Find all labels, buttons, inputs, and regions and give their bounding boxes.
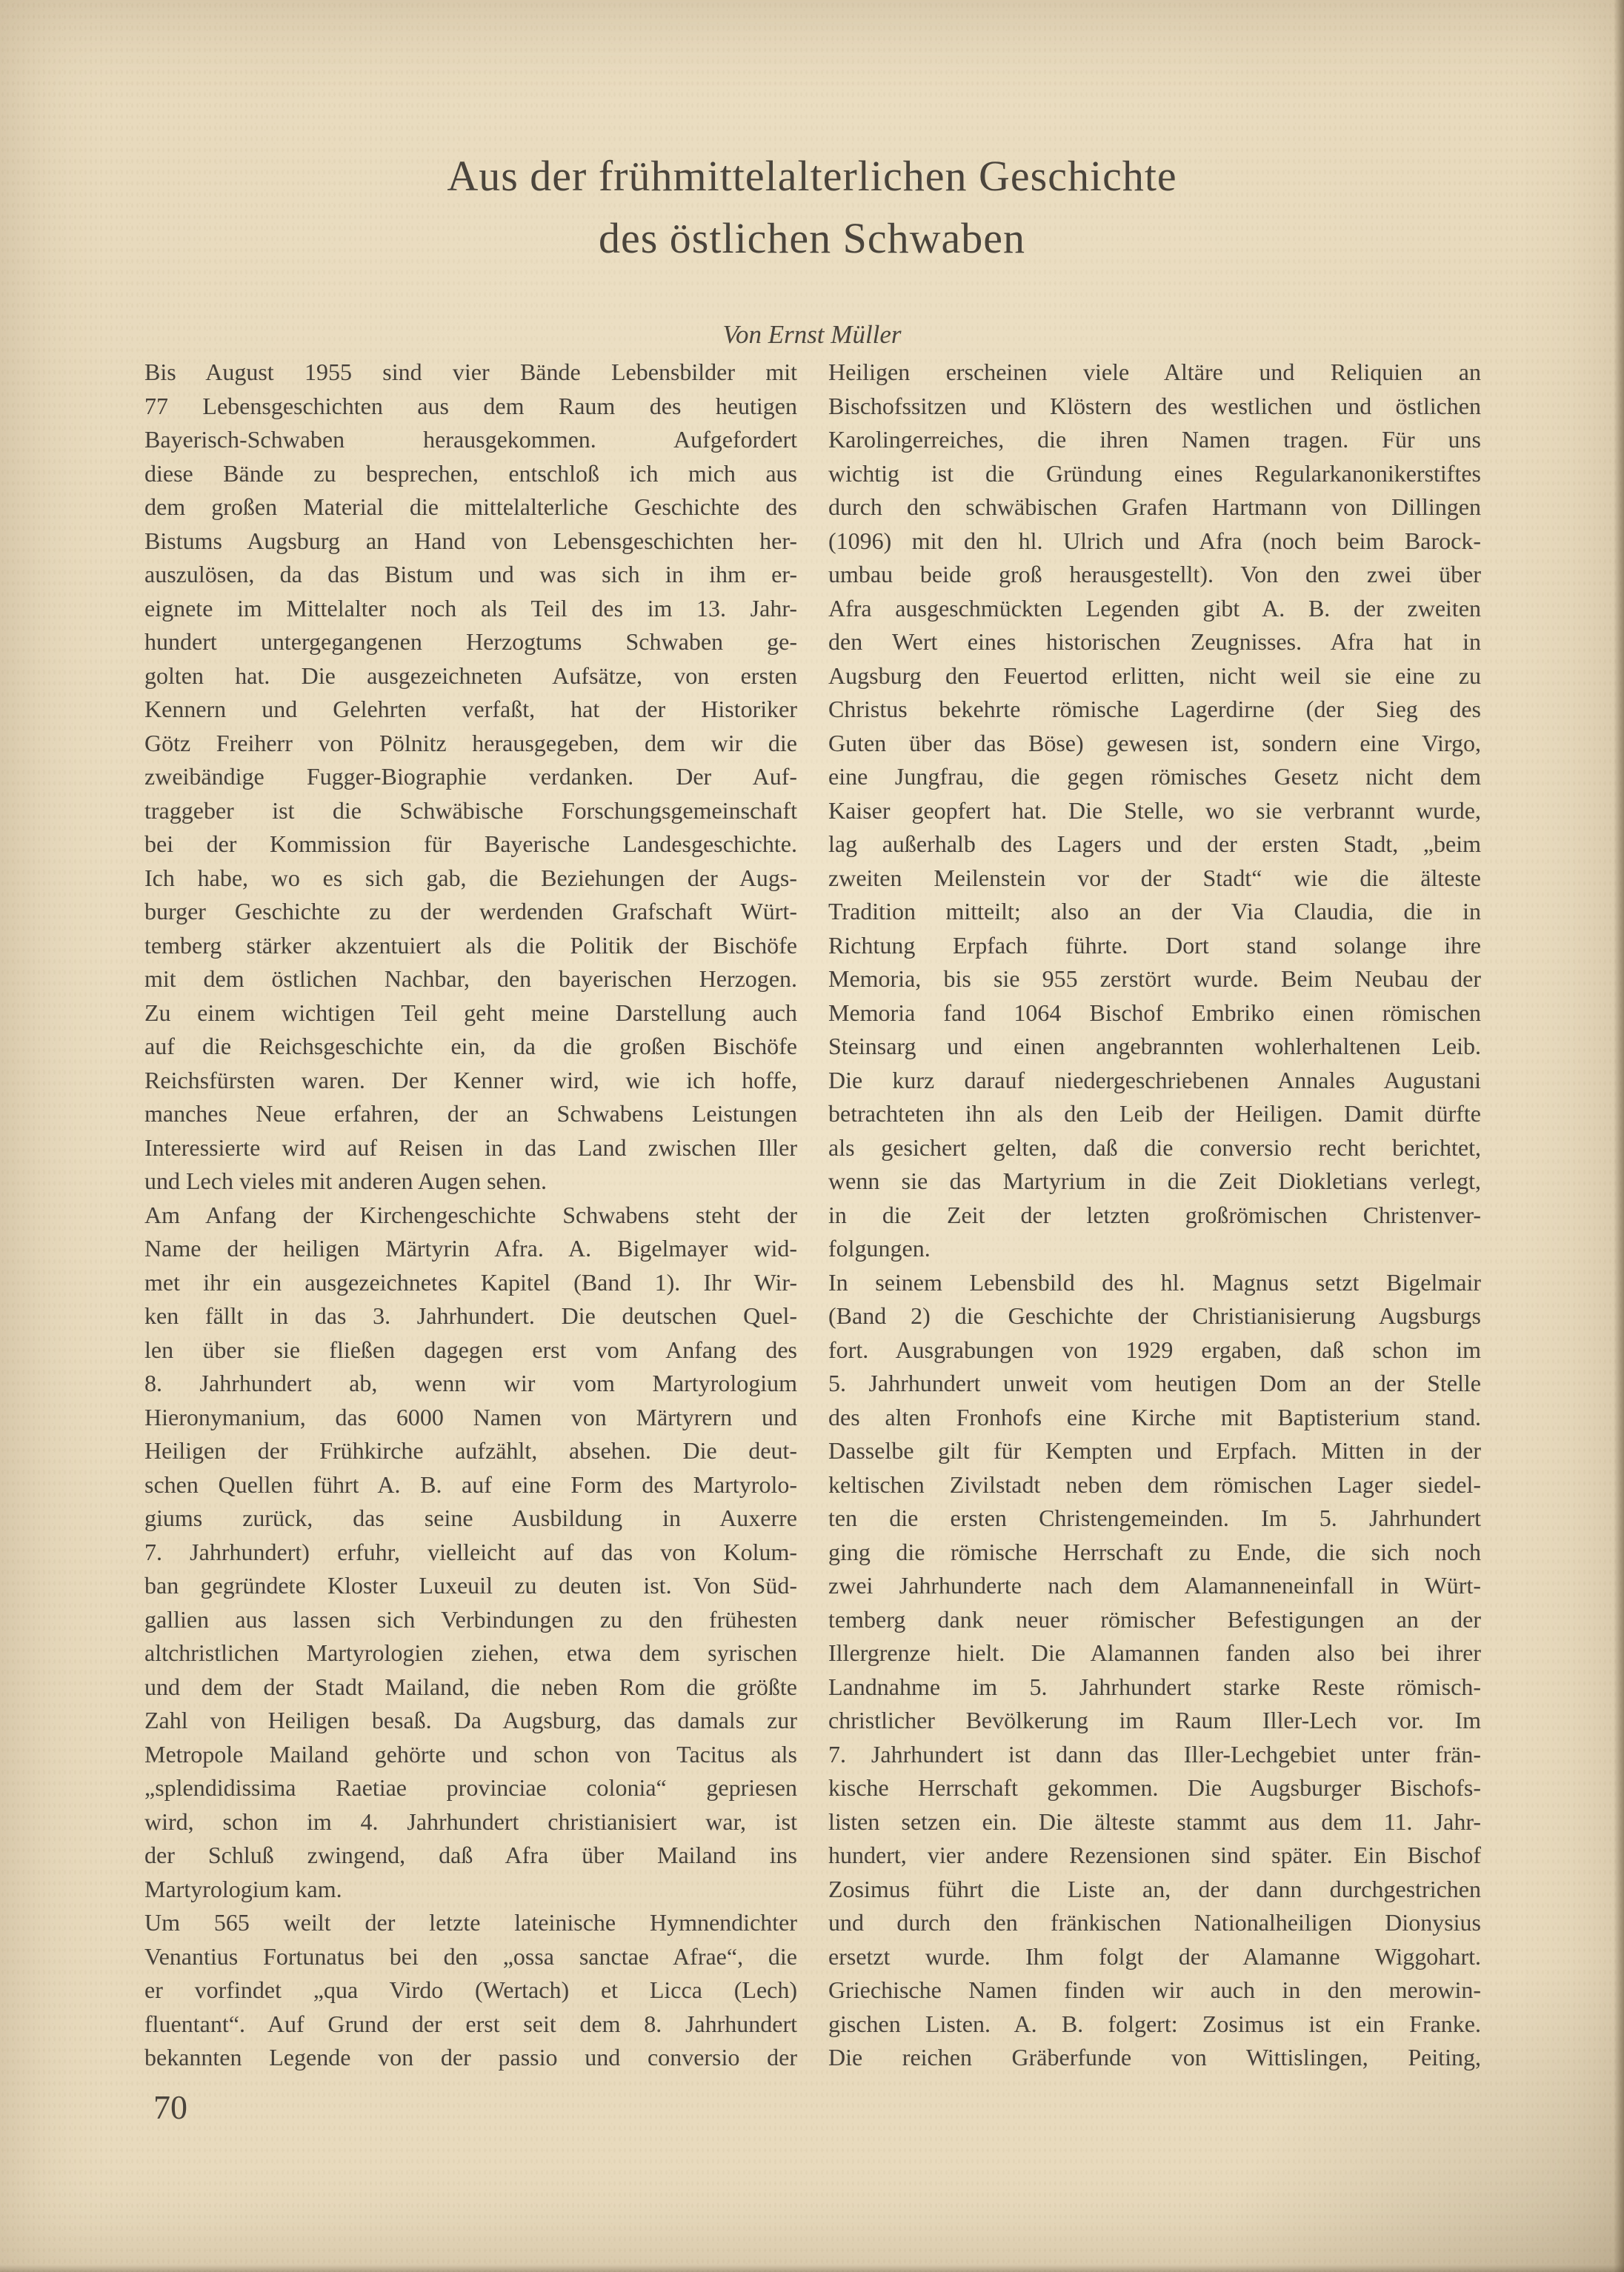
text-line: len über sie fließen dagegen erst vom An… [144, 1333, 797, 1367]
text-line: Die kurz darauf niedergeschriebenen Anna… [828, 1064, 1481, 1098]
text-line: Richtung Erpfach führte. Dort stand sola… [828, 929, 1481, 963]
article-title: Aus der frühmittelalterlichen Geschichte… [71, 145, 1553, 270]
article-title-line1: Aus der frühmittelalterlichen Geschichte [447, 152, 1177, 200]
text-line: Tradition mitteilt; also an der Via Clau… [828, 895, 1481, 929]
text-line: wenn sie das Martyrium in die Zeit Diokl… [828, 1165, 1481, 1199]
text-line: Illergrenze hielt. Die Alamannen fanden … [828, 1636, 1481, 1670]
text-line: Götz Freiherr von Pölnitz herausgegeben,… [144, 727, 797, 761]
text-line: Karolingerreiches, die ihren Namen trage… [828, 423, 1481, 457]
text-line: In seinem Lebensbild des hl. Magnus setz… [828, 1266, 1481, 1300]
text-line: listen setzen ein. Die älteste stammt au… [828, 1805, 1481, 1839]
text-line: gallien aus lassen sich Verbindungen zu … [144, 1603, 797, 1637]
text-line: betrachteten ihn als den Leib der Heilig… [828, 1097, 1481, 1131]
text-line: bekannten Legende von der passio und con… [144, 2041, 797, 2075]
text-line: er vorfindet „qua Virdo (Wertach) et Lic… [144, 1973, 797, 2008]
text-line: Name der heiligen Märtyrin Afra. A. Bige… [144, 1232, 797, 1266]
text-line: Dasselbe gilt für Kempten und Erpfach. M… [828, 1434, 1481, 1468]
text-line: zweiten Meilenstein vor der Stadt“ wie d… [828, 862, 1481, 896]
text-line: 7. Jahrhundert ist dann das Iller-Lechge… [828, 1738, 1481, 1772]
page-number: 70 [153, 2088, 187, 2127]
text-line: Zahl von Heiligen besaß. Da Augsburg, da… [144, 1704, 797, 1738]
text-line: mit dem östlichen Nachbar, den bayerisch… [144, 962, 797, 996]
text-line: Kennern und Gelehrten verfaßt, hat der H… [144, 693, 797, 727]
text-line: zweibändige Fugger-Biographie verdanken.… [144, 760, 797, 794]
text-line: auf die Reichsgeschichte ein, da die gro… [144, 1030, 797, 1064]
text-line: Afra ausgeschmückten Legenden gibt A. B.… [828, 592, 1481, 626]
text-line: 7. Jahrhundert) erfuhr, vielleicht auf d… [144, 1536, 797, 1570]
text-line: eignete im Mittelalter noch als Teil des… [144, 592, 797, 626]
text-line: Die reichen Gräberfunde von Wittislingen… [828, 2041, 1481, 2075]
text-line: Bistums Augsburg an Hand von Lebensgesch… [144, 524, 797, 559]
text-line: Zosimus führt die Liste an, der dann dur… [828, 1873, 1481, 1907]
scan-bottom-edge-shadow [0, 2265, 1624, 2272]
text-line: lag außerhalb des Lagers und der ersten … [828, 827, 1481, 862]
text-line: 8. Jahrhundert ab, wenn wir vom Martyrol… [144, 1367, 797, 1401]
text-line: Venantius Fortunatus bei den „ossa sanct… [144, 1940, 797, 1974]
text-line: temberg stärker akzentuiert als die Poli… [144, 929, 797, 963]
text-line: 77 Lebensgeschichten aus dem Raum des he… [144, 390, 797, 424]
text-line: altchristlichen Martyrologien ziehen, et… [144, 1636, 797, 1670]
text-line: Um 565 weilt der letzte lateinische Hymn… [144, 1906, 797, 1940]
text-line: folgungen. [828, 1232, 1481, 1266]
text-line: Interessierte wird auf Reisen in das Lan… [144, 1131, 797, 1165]
text-line: ban gegründete Kloster Luxeuil zu deuten… [144, 1569, 797, 1603]
text-line: eine Jungfrau, die gegen römisches Geset… [828, 760, 1481, 794]
text-line: Martyrologium kam. [144, 1873, 797, 1907]
text-line: bei der Kommission für Bayerische Landes… [144, 827, 797, 862]
text-line: wird, schon im 4. Jahrhundert christiani… [144, 1805, 797, 1839]
text-line: christlicher Bevölkerung im Raum Iller-L… [828, 1704, 1481, 1738]
text-line: kische Herrschaft gekommen. Die Augsburg… [828, 1771, 1481, 1805]
text-line: der Schluß zwingend, daß Afra über Maila… [144, 1839, 797, 1873]
text-line: (Band 2) die Geschichte der Christianisi… [828, 1299, 1481, 1333]
text-line: 5. Jahrhundert unweit vom heutigen Dom a… [828, 1367, 1481, 1401]
text-line: Landnahme im 5. Jahrhundert starke Reste… [828, 1670, 1481, 1705]
right-column: Heiligen erscheinen viele Altäre und Rel… [828, 356, 1481, 2075]
text-line: ken fällt in das 3. Jahrhundert. Die deu… [144, 1299, 797, 1333]
text-line: und dem der Stadt Mailand, die neben Rom… [144, 1670, 797, 1705]
text-line: Christus bekehrte römische Lagerdirne (d… [828, 693, 1481, 727]
author-byline: Von Ernst Müller [71, 320, 1553, 350]
text-line: met ihr ein ausgezeichnetes Kapitel (Ban… [144, 1266, 797, 1300]
left-column: Bis August 1955 sind vier Bände Lebensbi… [144, 356, 797, 2075]
text-line: umbau beide groß herausgestellt). Von de… [828, 558, 1481, 592]
text-line: giums zurück, das seine Ausbildung in Au… [144, 1502, 797, 1536]
text-line: hundert untergegangenen Herzogtums Schwa… [144, 625, 797, 659]
text-line: Heiligen erscheinen viele Altäre und Rel… [828, 356, 1481, 390]
text-line: Reichsfürsten waren. Der Kenner wird, wi… [144, 1064, 797, 1098]
scanned-page: Aus der frühmittelalterlichen Geschichte… [0, 0, 1624, 2272]
text-line: wichtig ist die Gründung eines Regularka… [828, 457, 1481, 491]
text-line: Bayerisch-Schwaben herausgekommen. Aufge… [144, 423, 797, 457]
text-line: (1096) mit den hl. Ulrich und Afra (noch… [828, 524, 1481, 559]
text-line: schen Quellen führt A. B. auf eine Form … [144, 1468, 797, 1502]
text-line: keltischen Zivilstadt neben dem römische… [828, 1468, 1481, 1502]
text-line: hundert, vier andere Rezensionen sind sp… [828, 1839, 1481, 1873]
text-line: des alten Fronhofs eine Kirche mit Bapti… [828, 1401, 1481, 1435]
text-line: ten die ersten Christengemeinden. Im 5. … [828, 1502, 1481, 1536]
article-title-line2: des östlichen Schwaben [599, 214, 1025, 262]
text-line: fort. Ausgrabungen von 1929 ergaben, daß… [828, 1333, 1481, 1367]
text-line: Hieronymanium, das 6000 Namen von Märtyr… [144, 1401, 797, 1435]
text-line: gischen Listen. A. B. folgert: Zosimus i… [828, 2008, 1481, 2042]
text-line: Griechische Namen finden wir auch in den… [828, 1973, 1481, 2008]
text-line: burger Geschichte zu der werdenden Grafs… [144, 895, 797, 929]
text-line: und Lech vieles mit anderen Augen sehen. [144, 1165, 797, 1199]
text-line: golten hat. Die ausgezeichneten Aufsätze… [144, 659, 797, 693]
text-line: und durch den fränkischen Nationalheilig… [828, 1906, 1481, 1940]
text-line: Guten über das Böse) gewesen ist, sonder… [828, 727, 1481, 761]
text-line: durch den schwäbischen Grafen Hartmann v… [828, 490, 1481, 524]
text-columns: Bis August 1955 sind vier Bände Lebensbi… [144, 356, 1481, 2075]
text-line: manches Neue erfahren, der an Schwabens … [144, 1097, 797, 1131]
text-line: „splendidissima Raetiae provinciae colon… [144, 1771, 797, 1805]
text-line: dem großen Material die mittelalterliche… [144, 490, 797, 524]
text-line: Heiligen der Frühkirche aufzählt, absehe… [144, 1434, 797, 1468]
text-line: als gesichert gelten, daß die conversio … [828, 1131, 1481, 1165]
text-line: Bischofssitzen und Klöstern des westlich… [828, 390, 1481, 424]
text-line: fluentant“. Auf Grund der erst seit dem … [144, 2008, 797, 2042]
text-line: Am Anfang der Kirchengeschichte Schwaben… [144, 1199, 797, 1233]
text-line: ersetzt wurde. Ihm folgt der Alamanne Wi… [828, 1940, 1481, 1974]
text-line: ging die römische Herrschaft zu Ende, di… [828, 1536, 1481, 1570]
text-line: Steinsarg und einen angebrannten wohlerh… [828, 1030, 1481, 1064]
text-line: Metropole Mailand gehörte und schon von … [144, 1738, 797, 1772]
text-line: in die Zeit der letzten großrömischen Ch… [828, 1199, 1481, 1233]
text-line: diese Bände zu besprechen, entschloß ich… [144, 457, 797, 491]
scan-right-edge-shadow [1614, 0, 1624, 2272]
text-line: Memoria fand 1064 Bischof Embriko einen … [828, 996, 1481, 1030]
text-line: temberg dank neuer römischer Befestigung… [828, 1603, 1481, 1637]
text-line: auszulösen, da das Bistum und was sich i… [144, 558, 797, 592]
text-line: den Wert eines historischen Zeugnisses. … [828, 625, 1481, 659]
text-line: Bis August 1955 sind vier Bände Lebensbi… [144, 356, 797, 390]
text-line: Memoria, bis sie 955 zerstört wurde. Bei… [828, 962, 1481, 996]
text-line: traggeber ist die Schwäbische Forschungs… [144, 794, 797, 828]
text-line: Ich habe, wo es sich gab, die Beziehunge… [144, 862, 797, 896]
text-line: Augsburg den Feuertod erlitten, nicht we… [828, 659, 1481, 693]
text-line: Kaiser geopfert hat. Die Stelle, wo sie … [828, 794, 1481, 828]
text-line: Zu einem wichtigen Teil geht meine Darst… [144, 996, 797, 1030]
text-line: zwei Jahrhunderte nach dem Alamanneneinf… [828, 1569, 1481, 1603]
